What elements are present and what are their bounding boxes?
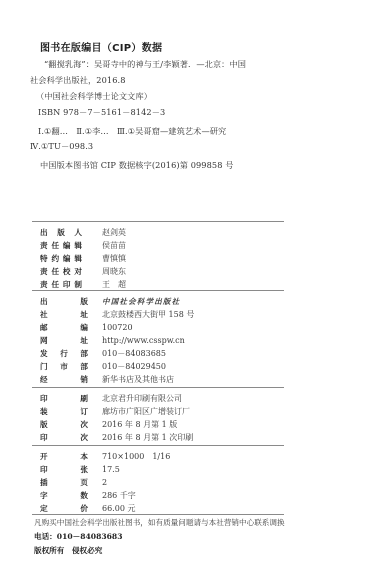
- spec-row: 开 本 710×1000 1/16: [40, 451, 170, 462]
- publisher-label: 社 址: [40, 309, 88, 320]
- footer-phone: 电话：010－84083683: [34, 531, 123, 542]
- divider: [32, 445, 284, 446]
- publisher-address: 北京鼓楼西大街甲 158 号: [102, 309, 194, 320]
- publisher-label: 经 销: [40, 374, 88, 385]
- printing-value: 2016 年 8 月第 1 版: [102, 419, 177, 430]
- staff-label: 责任校对: [40, 266, 82, 277]
- printing-label: 版 次: [40, 419, 88, 430]
- staff-label: 责任印制: [40, 279, 82, 290]
- staff-row: 特约编辑 曹慎慎: [40, 253, 126, 264]
- spec-label: 插 页: [40, 477, 88, 488]
- spec-label: 印 张: [40, 464, 88, 475]
- divider: [32, 514, 284, 515]
- staff-label: 责任编辑: [40, 240, 82, 251]
- spec-value: 710×1000 1/16: [102, 451, 170, 462]
- staff-value: 周晓东: [102, 266, 126, 277]
- staff-value: 曹慎慎: [102, 253, 126, 264]
- staff-row: 出 版 人 赵剑英: [40, 227, 126, 238]
- spec-label: 开 本: [40, 451, 88, 462]
- printing-value: 廊坊市广阳区广增装订厂: [102, 406, 190, 417]
- spec-row: 印 张 17.5: [40, 464, 120, 475]
- spec-label: 字 数: [40, 490, 88, 501]
- cip-line-isbn: ISBN 978－7－5161－8142－3: [38, 107, 165, 118]
- staff-value: 侯苗苗: [102, 240, 126, 251]
- publisher-row: 出 版 中国社会科学出版社: [40, 296, 180, 307]
- staff-value: 赵剑英: [102, 227, 126, 238]
- cip-line-subjects: Ⅰ.①翻… Ⅱ.①李… Ⅲ.①吴哥窟—建筑艺术—研究: [38, 126, 226, 137]
- spec-row: 插 页 2: [40, 477, 107, 488]
- cip-line-classification: Ⅳ.①TU－098.3: [30, 141, 93, 152]
- publisher-row: 门 市 部 010－84029450: [40, 361, 166, 372]
- publisher-website: http://www.csspw.cn: [102, 336, 185, 345]
- publisher-distribution-phone: 010－84083685: [102, 348, 166, 359]
- cip-verification: 中国版本图书馆 CIP 数据核字(2016)第 099858 号: [40, 160, 234, 171]
- staff-row: 责任印制 王 超: [40, 279, 126, 290]
- copyright-page: 图书在版编目（CIP）数据 “翻搅乳海”：吴哥寺中的神与王/李颖著．—北京：中国…: [0, 0, 375, 586]
- staff-label: 出 版 人: [40, 227, 82, 238]
- printing-row: 版 次 2016 年 8 月第 1 版: [40, 419, 177, 430]
- cip-line-publisher: 社会科学出版社，2016.8: [30, 75, 126, 86]
- publisher-distributor: 新华书店及其他书店: [102, 374, 174, 385]
- printing-label: 印 刷: [40, 393, 88, 404]
- spec-value: 2: [102, 478, 107, 487]
- cip-line-series: （中国社会科学博士论文文库）: [36, 91, 152, 102]
- cip-line-title: “翻搅乳海”：吴哥寺中的神与王/李颖著．—北京：中国: [44, 59, 246, 70]
- spec-value: 17.5: [102, 465, 120, 474]
- publisher-row: 邮 编 100720: [40, 322, 133, 333]
- publisher-postcode: 100720: [102, 323, 133, 332]
- printing-label: 印 次: [40, 432, 88, 443]
- printing-value: 2016 年 8 月第 1 次印刷: [102, 432, 193, 443]
- publisher-retail-phone: 010－84029450: [102, 361, 166, 372]
- publisher-label: 出 版: [40, 296, 88, 307]
- printing-row: 印 次 2016 年 8 月第 1 次印刷: [40, 432, 193, 443]
- printing-row: 印 刷 北京君升印刷有限公司: [40, 393, 182, 404]
- publisher-label: 发 行 部: [40, 348, 88, 359]
- publisher-label: 门 市 部: [40, 361, 88, 372]
- divider: [32, 387, 284, 388]
- publisher-label: 邮 编: [40, 322, 88, 333]
- spec-row: 定 价 66.00 元: [40, 503, 135, 514]
- printing-label: 装 订: [40, 406, 88, 417]
- publisher-row: 社 址 北京鼓楼西大街甲 158 号: [40, 309, 194, 320]
- staff-row: 责任编辑 侯苗苗: [40, 240, 126, 251]
- staff-label: 特约编辑: [40, 253, 82, 264]
- printing-value: 北京君升印刷有限公司: [102, 393, 182, 404]
- cip-title: 图书在版编目（CIP）数据: [40, 39, 162, 54]
- divider: [32, 221, 284, 222]
- publisher-row: 网 址 http://www.csspw.cn: [40, 335, 185, 346]
- divider: [32, 290, 284, 291]
- footer-rights: 版权所有 侵权必究: [34, 545, 102, 556]
- publisher-logo: 中国社会科学出版社: [102, 296, 180, 307]
- printing-row: 装 订 廊坊市广阳区广增装订厂: [40, 406, 190, 417]
- publisher-row: 发 行 部 010－84083685: [40, 348, 166, 359]
- footer-notice: 凡购买中国社会科学出版社图书，如有质量问题请与本社营销中心联系调换: [34, 517, 285, 528]
- publisher-row: 经 销 新华书店及其他书店: [40, 374, 174, 385]
- spec-value: 286 千字: [102, 490, 136, 501]
- publisher-label: 网 址: [40, 335, 88, 346]
- staff-row: 责任校对 周晓东: [40, 266, 126, 277]
- price-value: 66.00 元: [102, 503, 135, 514]
- spec-row: 字 数 286 千字: [40, 490, 136, 501]
- staff-value: 王 超: [102, 279, 126, 290]
- spec-label: 定 价: [40, 503, 88, 514]
